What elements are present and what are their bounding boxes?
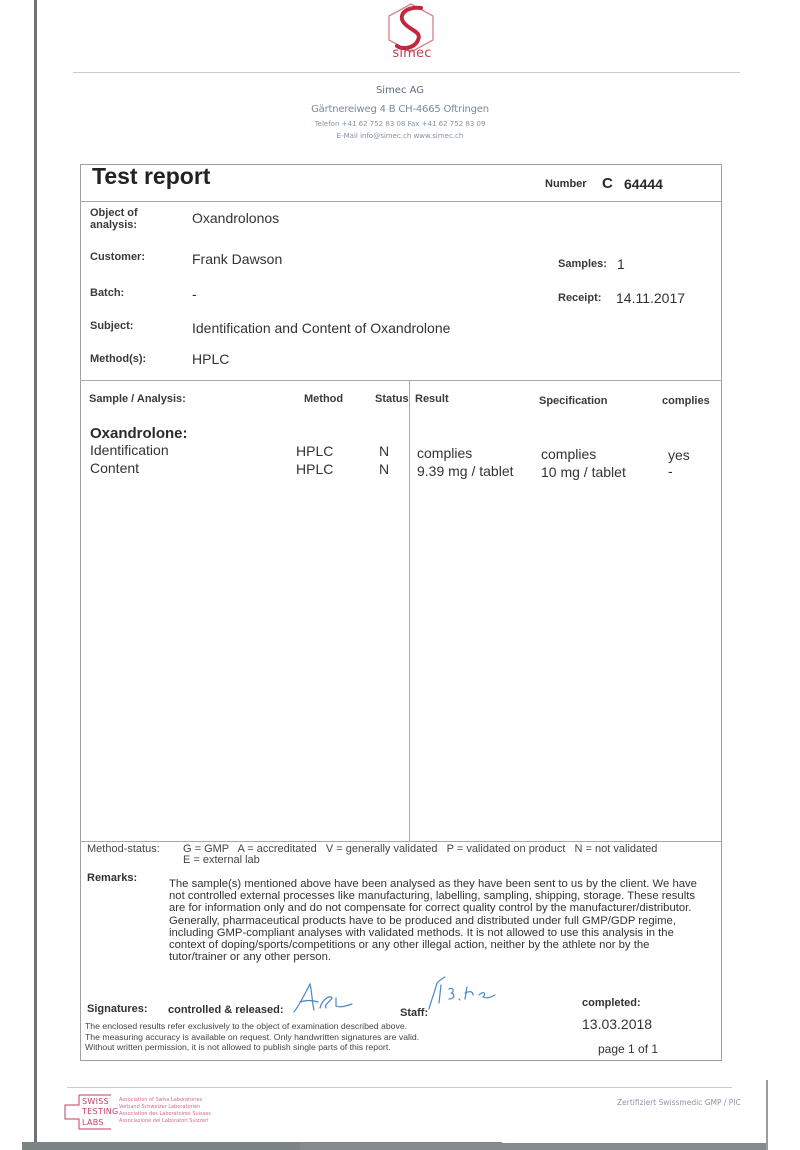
subject-label: Subject: [90, 320, 133, 332]
scan-edge-right [766, 1080, 768, 1150]
association-line: Associazione dei Laboratori Svizzeri [119, 1118, 211, 1125]
certification-note: Zertifiziert Swissmedic GMP / PIC [617, 1098, 741, 1107]
col-header-result: Result [415, 393, 449, 405]
completed-date: 13.03.2018 [582, 1016, 652, 1032]
receipt-value: 14.11.2017 [616, 290, 685, 306]
sample-name: Oxandrolone: [90, 425, 188, 442]
signature-controlled-icon [290, 980, 360, 1016]
staff-label: Staff: [400, 1007, 428, 1019]
disclaimer-line: The measuring accuracy is available on r… [85, 1032, 505, 1043]
row-result: complies [417, 445, 472, 461]
col-header-status: Status [375, 393, 409, 405]
association-line: Association of Swiss Laboratories [119, 1097, 211, 1104]
disclaimer: The enclosed results refer exclusively t… [85, 1021, 505, 1053]
disclaimer-line: The enclosed results refer exclusively t… [85, 1021, 505, 1032]
remarks-label: Remarks: [87, 872, 137, 884]
company-name: Simec AG [0, 85, 800, 96]
samples-label: Samples: [558, 258, 607, 270]
subject-value: Identification and Content of Oxandrolon… [192, 320, 450, 336]
results-divider [80, 841, 722, 842]
row-status: N [379, 443, 389, 459]
row-specification: 10 mg / tablet [541, 464, 626, 480]
stl-labs: LABS [82, 1118, 104, 1127]
header-rule [73, 72, 740, 73]
signature-staff-icon [427, 975, 507, 1011]
methods-label: Method(s): [90, 353, 146, 365]
batch-label: Batch: [90, 287, 124, 299]
col-header-method: Method [304, 393, 343, 405]
results-column-divider [409, 380, 410, 842]
report-title: Test report [92, 163, 210, 190]
object-label: Object of analysis: [90, 207, 138, 231]
disclaimer-line: Without written permission, it is not al… [85, 1042, 505, 1053]
method-status-line2: E = external lab [183, 855, 703, 866]
scan-edge-bottom-right [300, 1143, 768, 1150]
company-phone: Telefon +41 62 752 83 08 Fax +41 62 752 … [0, 120, 800, 128]
row-method: HPLC [296, 461, 333, 477]
row-result: 9.39 mg / tablet [417, 463, 514, 479]
methods-value: HPLC [192, 351, 229, 367]
details-divider [80, 380, 722, 381]
row-specification: complies [541, 446, 596, 462]
company-address: Gärtnereiweg 4 B CH-4665 Oftringen [0, 104, 800, 115]
method-status-label: Method-status: [87, 843, 160, 855]
footer-rule [67, 1087, 732, 1088]
scan-edge-left [34, 0, 37, 1143]
row-complies: yes [668, 447, 690, 463]
method-status-legend: G = GMP A = accreditated V = generally v… [183, 844, 703, 866]
row-status: N [379, 461, 389, 477]
report-number-label: Number [545, 178, 587, 190]
object-label-line1: Object of [90, 207, 138, 219]
remarks-text: The sample(s) mentioned above have been … [169, 878, 709, 963]
col-header-specification: Specification [539, 395, 607, 407]
object-label-line2: analysis: [90, 219, 137, 231]
row-method: HPLC [296, 443, 333, 459]
row-analysis: Identification [90, 442, 169, 458]
customer-label: Customer: [90, 251, 145, 263]
batch-value: - [192, 286, 197, 302]
stl-swiss: SWISS [82, 1097, 109, 1106]
signatures-label: Signatures: [87, 1003, 148, 1015]
customer-value: Frank Dawson [192, 251, 282, 267]
row-analysis: Content [90, 460, 139, 476]
association-line: Verband Schweizer Laboratorien [119, 1104, 211, 1111]
col-header-sample: Sample / Analysis: [89, 393, 186, 405]
col-header-complies: complies [662, 395, 710, 407]
object-value: Oxandrolonos [192, 210, 279, 226]
report-number-prefix: C [602, 175, 613, 192]
association-line: Association des Laboratoires Suisses [119, 1111, 211, 1118]
row-complies: - [668, 463, 673, 479]
controlled-released-label: controlled & released: [168, 1004, 284, 1016]
receipt-label: Receipt: [558, 292, 601, 304]
company-email: E-Mail info@simec.ch www.simec.ch [0, 132, 800, 140]
stl-testing: TESTING [82, 1107, 119, 1116]
logo-wordmark: simec [386, 46, 438, 61]
method-status-line1: G = GMP A = accreditated V = generally v… [183, 844, 703, 855]
association-name: Association of Swiss Laboratories Verban… [119, 1097, 211, 1125]
page-count: page 1 of 1 [598, 1042, 658, 1056]
report-number: 64444 [624, 176, 663, 192]
title-divider [80, 201, 722, 202]
samples-value: 1 [617, 256, 625, 272]
completed-label: completed: [582, 997, 641, 1009]
